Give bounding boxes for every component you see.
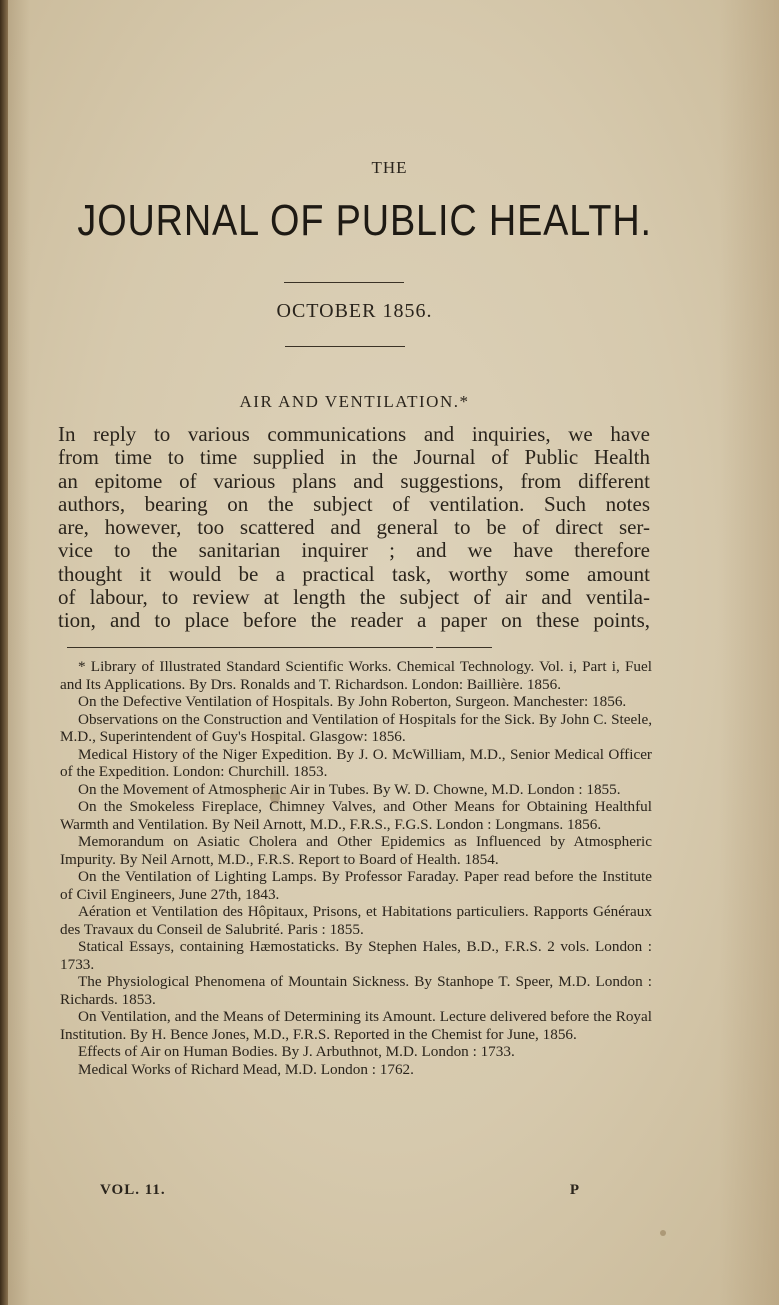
divider-rule <box>285 346 405 347</box>
signature-mark: P <box>570 1182 580 1199</box>
body-line: of labour, to review at length the subje… <box>58 586 650 609</box>
body-line: from time to time supplied in the Journa… <box>58 446 650 469</box>
footnote-entry: The Physiological Phenomena of Mountain … <box>60 973 652 1008</box>
issue-date: OCTOBER 1856. <box>0 300 744 323</box>
article-body: In reply to various communications and i… <box>58 423 650 633</box>
body-line: are, however, too scattered and general … <box>58 516 650 539</box>
ink-stain <box>660 1230 666 1236</box>
book-spine-edge <box>0 0 8 1305</box>
body-line: In reply to various communications and i… <box>58 423 650 446</box>
volume-label: VOL. 11. <box>100 1182 166 1199</box>
footnote-entry: Effects of Air on Human Bodies. By J. Ar… <box>60 1043 652 1061</box>
body-line: vice to the sanitarian inquirer ; and we… <box>58 539 650 562</box>
footnote-entry: Aération et Ventilation des Hôpitaux, Pr… <box>60 903 652 938</box>
footnote-entry: On Ventilation, and the Means of Determi… <box>60 1008 652 1043</box>
header-the: THE <box>0 158 779 178</box>
footnote-entry: Medical Works of Richard Mead, M.D. Lond… <box>60 1061 652 1079</box>
article-title: AIR AND VENTILATION.* <box>0 392 744 412</box>
scanned-page: THE JOURNAL OF PUBLIC HEALTH. OCTOBER 18… <box>0 0 779 1305</box>
footnote-entry: On the Smokeless Fireplace, Chimney Valv… <box>60 798 652 833</box>
body-line: an epitome of various plans and suggesti… <box>58 470 650 493</box>
footnote-entry: Medical History of the Niger Expedition.… <box>60 746 652 781</box>
divider-rule <box>284 282 404 283</box>
page-footer: VOL. 11. P <box>100 1182 580 1199</box>
body-line: thought it would be a practical task, wo… <box>58 563 650 586</box>
footnote-entry: On the Defective Ventilation of Hospital… <box>60 693 652 711</box>
footnotes: * Library of Illustrated Standard Scient… <box>60 658 652 1078</box>
body-line: tion, and to place before the reader a p… <box>58 609 650 632</box>
footnote-entry: Statical Essays, containing Hæmostaticks… <box>60 938 652 973</box>
footnote-separator <box>67 647 433 648</box>
footnote-entry: * Library of Illustrated Standard Scient… <box>60 658 652 693</box>
footnote-entry: Observations on the Construction and Ven… <box>60 711 652 746</box>
footnote-separator <box>436 647 492 648</box>
footnote-entry: Memorandum on Asiatic Cholera and Other … <box>60 833 652 868</box>
footnote-entry: On the Movement of Atmospheric Air in Tu… <box>60 781 652 799</box>
footnote-entry: On the Ventilation of Lighting Lamps. By… <box>60 868 652 903</box>
body-line: authors, bearing on the subject of venti… <box>58 493 650 516</box>
journal-title: JOURNAL OF PUBLIC HEALTH. <box>30 196 700 246</box>
